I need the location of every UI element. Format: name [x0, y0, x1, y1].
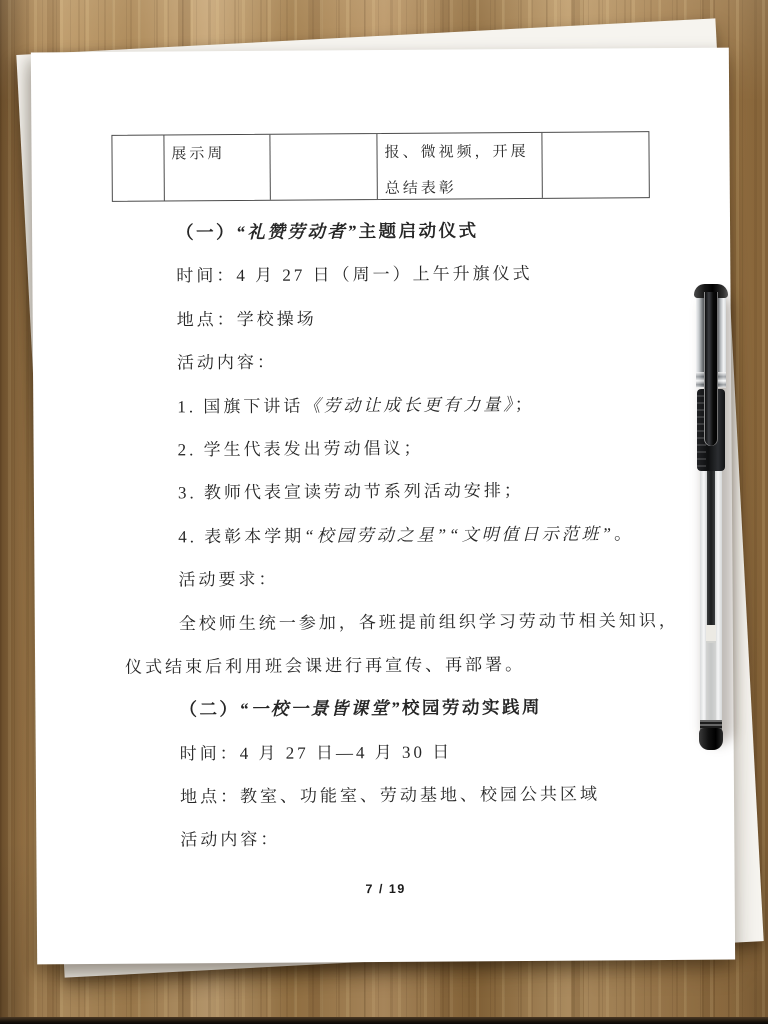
table-cell	[271, 134, 378, 200]
desk-edge-shadow	[0, 1017, 768, 1024]
doc-text: 。	[614, 524, 634, 543]
doc-line: 1. 国旗下讲话《劳动让成长更有力量》；	[123, 381, 683, 428]
doc-line: 全校师生统一参加，各班提前组织学习劳动节相关知识，	[125, 598, 685, 645]
doc-text: 2. 学生代表发出劳动倡议；	[178, 439, 424, 460]
doc-emphasis-text: “校园劳动之星”“文明值日示范班”	[304, 524, 614, 545]
doc-line: 活动要求：	[124, 555, 684, 602]
doc-line: 活动内容：	[123, 338, 683, 385]
doc-text: 地点：教室、功能室、劳动基地、校园公共区域	[180, 785, 600, 807]
table-cell: 展示周	[164, 135, 271, 201]
doc-line: 4. 表彰本学期“校园劳动之星”“文明值日示范班”。	[124, 512, 684, 559]
doc-line: 2. 学生代表发出劳动倡议；	[123, 425, 683, 472]
table-cell: 报、微视频，开展总结表彰	[377, 133, 543, 199]
pen-ink-cartridge	[707, 471, 715, 625]
doc-text: 1. 国旗下讲话	[177, 396, 303, 416]
doc-line: （二）“一校一景皆课堂”校园劳动实践周	[125, 685, 685, 732]
doc-text: 仪式结束后利用班会课进行再宣传、再部署。	[125, 655, 525, 677]
document-body-text: （一）“礼赞劳动者”主题启动仪式时间：4 月 27 日（周一）上午升旗仪式地点：…	[122, 208, 687, 863]
doc-text: ；	[515, 395, 535, 414]
doc-text: （一）	[176, 222, 236, 242]
doc-text: 3. 教师代表宣读劳动节系列活动安排；	[178, 481, 524, 502]
doc-line: 地点：教室、功能室、劳动基地、校园公共区域	[126, 772, 686, 819]
doc-line: 地点：学校操场	[123, 295, 683, 342]
doc-line: 3. 教师代表宣读劳动节系列活动安排；	[124, 468, 684, 515]
table-cell	[543, 132, 649, 198]
doc-text: 时间：4 月 27 日（周一）上午升旗仪式	[176, 264, 532, 285]
pen-tail-plug	[699, 728, 723, 750]
pen-clip	[704, 292, 718, 446]
doc-emphasis-text: 《劳动让成长更有力量》	[303, 395, 515, 415]
doc-emphasis-text: “礼赞劳动者”	[236, 221, 359, 242]
doc-text: 活动内容：	[177, 353, 277, 373]
doc-line: 时间：4 月 27 日—4 月 30 日	[126, 729, 686, 776]
doc-text: 地点：学校操场	[177, 309, 317, 329]
document-page: 展示周 报、微视频，开展总结表彰 （一）“礼赞劳动者”主题启动仪式时间：4 月 …	[31, 48, 735, 965]
table-cell	[112, 136, 164, 201]
doc-line: （一）“礼赞劳动者”主题启动仪式	[122, 208, 682, 255]
doc-line: 时间：4 月 27 日（周一）上午升旗仪式	[122, 251, 682, 298]
doc-text: 4. 表彰本学期	[178, 526, 304, 546]
pen-empty-cartridge	[706, 641, 716, 720]
doc-text: 主题启动仪式	[359, 220, 479, 241]
doc-text: 时间：4 月 27 日—4 月 30 日	[180, 742, 453, 763]
doc-text: 全校师生统一参加，各班提前组织学习劳动节相关知识，	[179, 610, 679, 632]
desk-scene: 展示周 报、微视频，开展总结表彰 （一）“礼赞劳动者”主题启动仪式时间：4 月 …	[0, 0, 768, 1024]
pen-barrel	[700, 471, 722, 720]
doc-emphasis-text: “一校一景皆课堂”	[239, 698, 402, 719]
doc-line: 活动内容：	[126, 815, 686, 862]
pen-ink-level-band	[706, 625, 716, 641]
doc-text: 活动要求：	[178, 570, 278, 590]
doc-text: 校园劳动实践周	[402, 697, 542, 718]
doc-text: （二）	[179, 699, 239, 719]
doc-line: 仪式结束后利用班会课进行再宣传、再部署。	[125, 642, 685, 689]
page-number: 7 / 19	[37, 880, 735, 899]
schedule-table-fragment: 展示周 报、微视频，开展总结表彰	[111, 131, 649, 202]
pen	[692, 284, 734, 750]
doc-text: 活动内容：	[180, 830, 280, 850]
